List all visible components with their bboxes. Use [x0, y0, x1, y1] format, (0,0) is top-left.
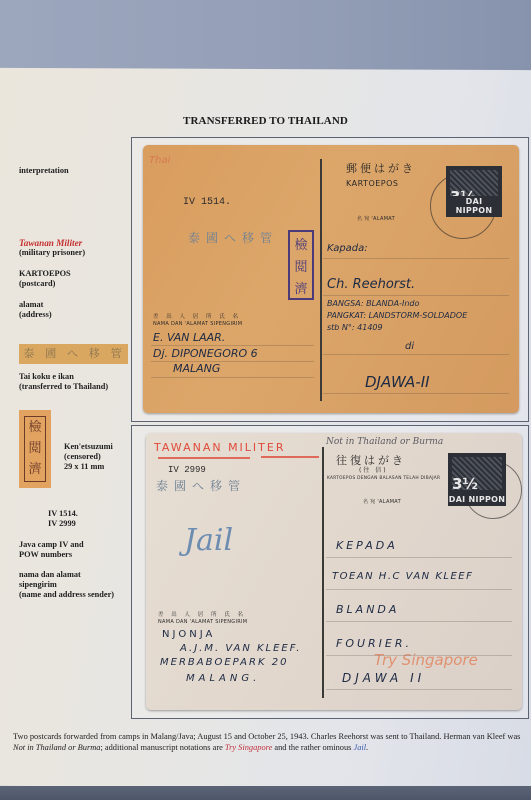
alamat-meaning: (address): [19, 310, 52, 320]
glyph: 閲: [28, 444, 41, 454]
recipient-line: BLANDA: [336, 603, 399, 616]
recipient-destination: DJAWA II: [342, 671, 425, 685]
legend-kenetsuzumi: Ken'etsuzumi (censored) 29 x 11 mm: [64, 442, 113, 472]
glyph: 檢: [294, 234, 307, 253]
java-camp-line: POW numbers: [19, 550, 84, 560]
kenetsuzumi-size: 29 x 11 mm: [64, 462, 113, 472]
sender-line: E. VAN LAAR.: [153, 331, 225, 344]
sender-line: Dj. DIPONEGORO 6: [153, 347, 258, 360]
postage-stamp: 3½ DAI NIPPON: [446, 166, 502, 217]
recipient-name: TOEAN H.C VAN KLEEF: [332, 571, 473, 582]
glyph: 濟: [294, 278, 307, 297]
glyph: 國: [45, 349, 58, 359]
sender-line: MALANG.: [186, 673, 260, 684]
ruled-line: [323, 295, 509, 296]
header-sub-jp: (往 信): [359, 465, 388, 474]
blue-notation-jail: Jail: [184, 523, 233, 558]
legend-tai-koku: Tai koku e ikan (transferred to Thailand…: [19, 372, 108, 392]
recipient-line: KEPADA: [336, 539, 398, 552]
nama-line: nama dan alamat: [19, 570, 114, 580]
caption: Two postcards forwarded from camps in Ma…: [13, 731, 523, 753]
nama-meaning: (name and address sender): [19, 590, 114, 600]
recipient-line: stb N°: 41409: [327, 323, 383, 332]
glyph: 移: [89, 349, 102, 359]
sender-line: MERBABOEPARK 20: [160, 657, 288, 668]
sender-line: NJONJA: [162, 629, 215, 640]
sender-label-jp: 差 出 人 居 所 氏 名: [153, 312, 241, 320]
tawanan-militer-term: Tawanan Militer: [19, 238, 85, 248]
ruled-line: [326, 689, 512, 690]
red-underline: [261, 456, 319, 458]
recipient-destination: DJAWA-II: [365, 373, 430, 391]
nama-line: sipengirim: [19, 580, 114, 590]
header-kartoepos: KARTOEPOS DENGAN BALASAN TELAH DIBAJAR: [327, 476, 440, 481]
censor-chop-swatch: 檢 閲 濟: [19, 410, 51, 488]
glyph: 檢: [28, 423, 41, 433]
postcard-1: Thai IV 1514. 泰國へ移管 檢 閲 濟 差 出 人 居 所 氏 名 …: [143, 145, 519, 413]
sender-line: MALANG: [173, 362, 220, 375]
legend-kartoepos: KARTOEPOS (postcard): [19, 269, 71, 289]
java-camp-line: Java camp IV and: [19, 540, 84, 550]
sender-label: NAMA DAN 'ALAMAT SIPENGIRIM: [158, 619, 247, 625]
red-notation: TAWANAN MILITER: [154, 441, 286, 454]
stamp-country: DAI NIPPON: [446, 196, 502, 217]
stamp-value: 3½: [452, 475, 478, 493]
card-divider: [322, 447, 324, 698]
sender-line: A.J.M. VAN KLEEF.: [180, 643, 301, 654]
ruled-line: [326, 589, 512, 590]
background-shadow: [0, 786, 531, 800]
pow-number: IV 1514.: [48, 509, 78, 519]
address-label: 名 宛 'ALAMAT: [363, 498, 401, 505]
caption-red-italic: Try Singapore: [225, 743, 272, 752]
censor-chop-icon: 檢 閲 濟: [24, 416, 46, 482]
glyph: 管: [111, 349, 124, 359]
caption-blue-italic: Jail: [353, 743, 366, 752]
ruled-line: [326, 621, 512, 622]
recipient-line: Kapada:: [327, 243, 368, 254]
sender-label-jp: 差 出 人 居 所 氏 名: [158, 610, 246, 618]
recipient-line: di: [405, 341, 414, 352]
ruled-line: [151, 361, 314, 362]
pow-number: IV 2999: [168, 465, 206, 475]
address-label: 名 宛 'ALAMAT: [357, 215, 395, 222]
background-wall: [0, 0, 531, 72]
recipient-name: Ch. Reehorst.: [327, 277, 415, 292]
censor-chop: 檢 閲 濟: [288, 230, 314, 300]
caption-text: .: [366, 743, 368, 752]
pencil-notation: Not in Thailand or Burma: [326, 437, 443, 447]
recipient-line: BANGSA: BLANDA-Indo: [327, 299, 419, 308]
card-divider: [320, 159, 322, 401]
interpretation-heading: interpretation: [19, 166, 69, 176]
recipient-line: FOURIER.: [336, 637, 412, 650]
legend-alamat: alamat (address): [19, 300, 52, 320]
ruled-line: [326, 557, 512, 558]
orange-notation: Try Singapore: [374, 651, 478, 669]
caption-text: Two postcards forwarded from camps in Ma…: [13, 732, 520, 741]
ruled-line: [323, 354, 509, 355]
ruled-line: [151, 377, 314, 378]
caption-text: ; additional manuscript notations are: [100, 743, 224, 752]
postage-stamp: 3½ DAI NIPPON: [448, 453, 506, 506]
header-jp: 郵便はがき: [346, 160, 416, 176]
ruled-line: [323, 393, 509, 394]
legend-pow-numbers: IV 1514. IV 2999: [48, 509, 78, 529]
glyph: 濟: [28, 465, 41, 475]
transfer-stamp: 泰國へ移管: [188, 229, 278, 246]
caption-text: and the rather ominous: [272, 743, 353, 752]
kenetsuzumi-term: Ken'etsuzumi: [64, 442, 113, 452]
transfer-stamp: 泰國へ移管: [156, 477, 246, 494]
glyph: へ: [67, 349, 80, 359]
ruled-line: [323, 258, 509, 259]
tawanan-militer-meaning: (military prisoner): [19, 248, 85, 258]
pow-number: IV 2999: [48, 519, 78, 529]
ruled-line: [326, 655, 512, 656]
glyph: 閲: [294, 256, 307, 275]
legend-tawanan-militer: Tawanan Militer (military prisoner): [19, 238, 85, 258]
sender-label: NAMA DAN 'ALAMAT SIPENGIRIM: [153, 321, 242, 327]
alamat-term: alamat: [19, 300, 52, 310]
postcard-2: TAWANAN MILITER IV 2999 泰國へ移管 Jail 差 出 人…: [146, 433, 522, 710]
tai-koku-meaning: (transferred to Thailand): [19, 382, 108, 392]
tai-koku-term: Tai koku e ikan: [19, 372, 108, 382]
legend-java-camp: Java camp IV and POW numbers: [19, 540, 84, 560]
kartoepos-term: KARTOEPOS: [19, 269, 71, 279]
caption-italic: Not in Thailand or Burma: [13, 743, 100, 752]
pow-number: IV 1514.: [183, 197, 231, 208]
recipient-line: PANGKAT: LANDSTORM-SOLDADOE: [327, 311, 467, 320]
red-notation: Thai: [149, 155, 170, 166]
stamp-country: DAI NIPPON: [448, 494, 506, 506]
kartoepos-meaning: (postcard): [19, 279, 71, 289]
kenetsuzumi-meaning: (censored): [64, 452, 113, 462]
transfer-stamp-swatch: 泰 國 へ 移 管: [19, 344, 128, 364]
glyph: 泰: [23, 349, 36, 359]
red-underline: [158, 457, 250, 459]
ruled-line: [151, 345, 314, 346]
legend-nama-dan-alamat: nama dan alamat sipengirim (name and add…: [19, 570, 114, 600]
page-title: TRANSFERRED TO THAILAND: [0, 115, 531, 127]
header-kartoepos: KARTOEPOS: [346, 179, 399, 188]
